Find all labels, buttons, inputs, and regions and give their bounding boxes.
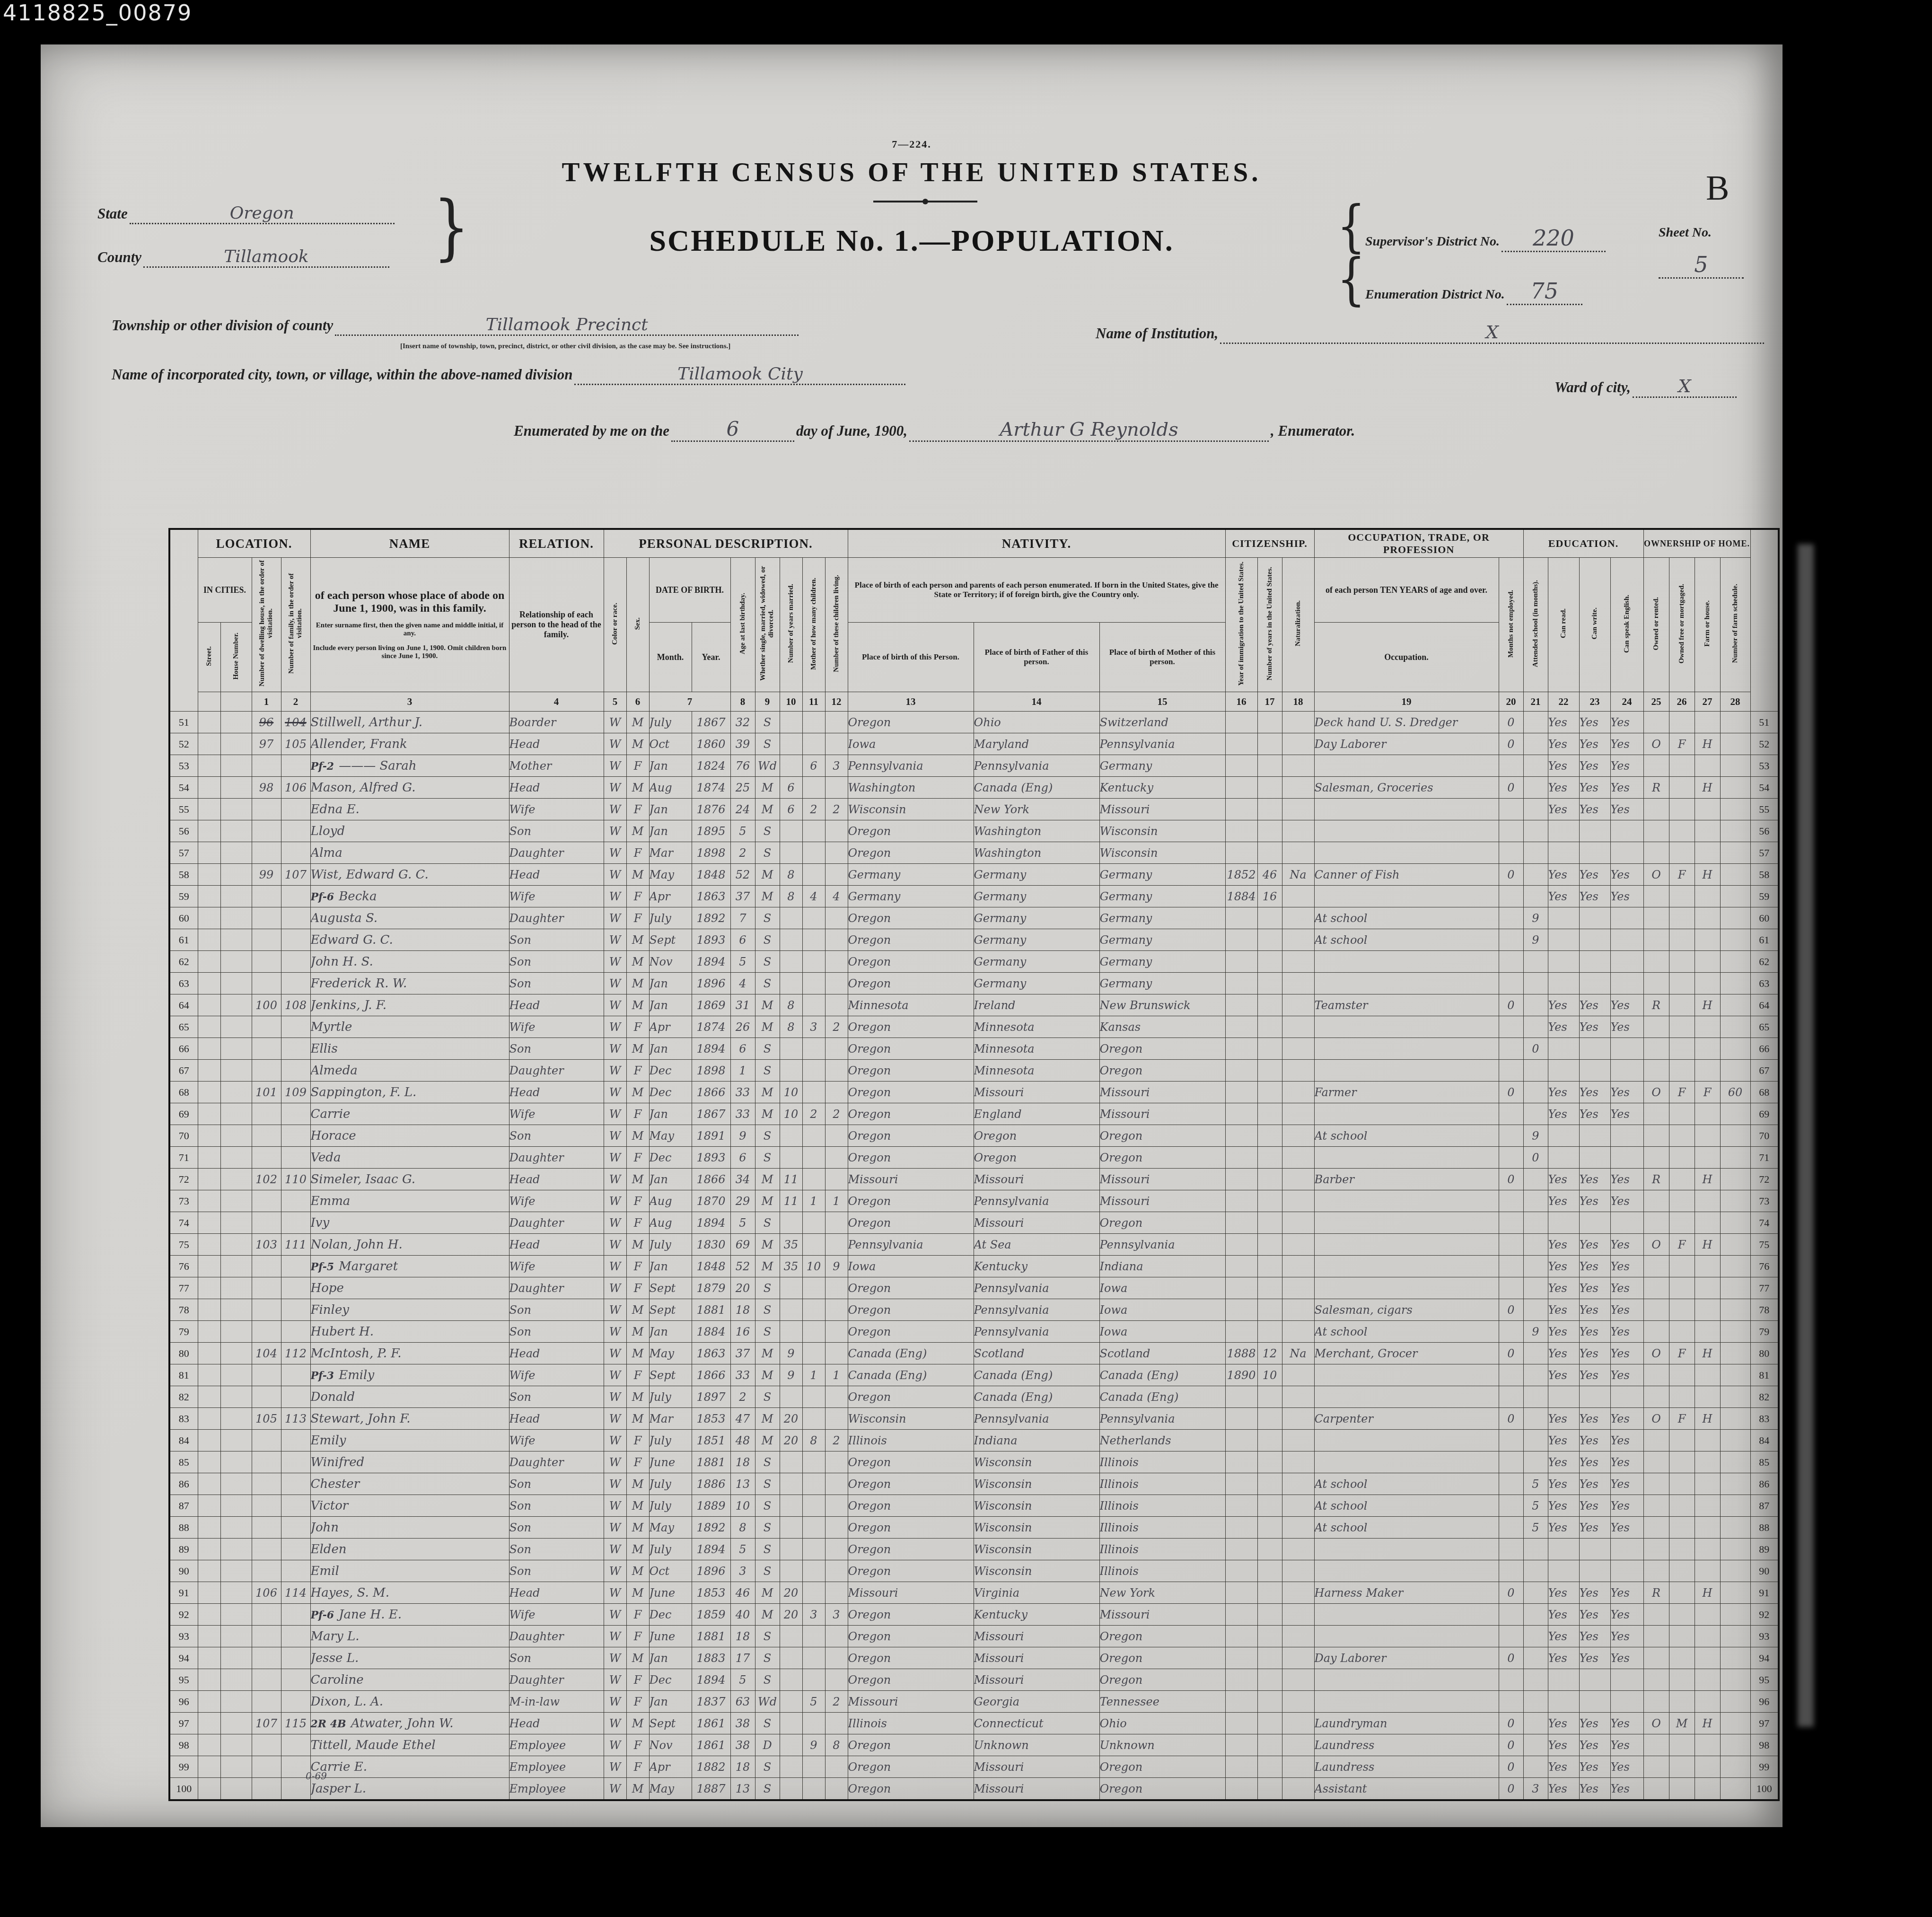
col-n: Myrtle [310,1016,509,1038]
col-oc: Salesman, Groceries [1314,777,1499,799]
col-rd: Yes [1548,1256,1579,1277]
col-wr: Yes [1579,1582,1610,1604]
col-rd [1548,1038,1579,1060]
col-own: O [1643,1234,1669,1256]
census-row-78: 78FinleySonWMSept188118SOregonPennsylvan… [169,1299,1779,1321]
col-yus [1257,1539,1282,1560]
col-d [252,1299,281,1321]
col-wr [1579,1691,1610,1713]
pencil-note: Pf-3 [311,1370,334,1382]
col-yus [1257,907,1282,929]
col-fh: H [1695,1234,1720,1256]
col-house-number [220,1539,252,1560]
census-row-81: 81Pf-3EmilyWifeWFSept186633M911Canada (E… [169,1364,1779,1386]
col-nat [1282,1125,1314,1147]
col-ym [780,1756,802,1778]
col-yus [1257,1691,1282,1713]
col-n: Carrie [310,1103,509,1125]
col-r: Son [509,1647,604,1669]
col-mo: Aug [649,1190,692,1212]
line-number-left: 90 [169,1560,198,1582]
col-yus [1257,1234,1282,1256]
col-c: W [604,1256,626,1277]
col-own [1643,1517,1669,1539]
colnum-9: 9 [755,692,780,712]
census-row-88: 88JohnSonWMMay18928SOregonWisconsinIllin… [169,1517,1779,1539]
col-ym: 6 [780,777,802,799]
col-s: M [626,1125,649,1147]
line-number-left: 58 [169,864,198,886]
col-yus [1257,1756,1282,1778]
census-row-79: 79Hubert H.SonWMJan188416SOregonPennsylv… [169,1321,1779,1343]
col-street [198,712,220,733]
col-wr: Yes [1579,1473,1610,1495]
col-pf: Missouri [974,1169,1099,1190]
col-fs [1720,907,1750,929]
col-m: S [755,1473,780,1495]
col-mtg [1669,1560,1695,1582]
col-pb: Pennsylvania [848,755,974,777]
census-row-98: 98Tittell, Maude EthelEmployeeWFNov18613… [169,1734,1779,1756]
col-nat [1282,1386,1314,1408]
census-row-71: 71VedaDaughterWFDec18936SOregonOregonOre… [169,1147,1779,1169]
col-wr: Yes [1579,1082,1610,1103]
col-pf: Minnesota [974,1038,1099,1060]
col-im [1225,1647,1257,1669]
col-im [1225,1060,1257,1082]
col-f: 107 [281,864,310,886]
col-d [252,1147,281,1169]
col-oc: Harness Maker [1314,1582,1499,1604]
col-mc [802,1647,825,1669]
col-oc: At school [1314,1473,1499,1495]
col-pm: New Brunswick [1099,994,1225,1016]
col-im: 1890 [1225,1364,1257,1386]
col-nat [1282,886,1314,907]
ward-value: X [1633,376,1737,398]
col-m: D [755,1734,780,1756]
col-header-can-write: Can write. [1579,558,1610,692]
col-mu: 0 [1499,1756,1523,1778]
col-cl [825,1386,848,1408]
col-fs [1720,1582,1750,1604]
col-n: Wist, Edward G. C. [310,864,509,886]
col-mo: Dec [649,1669,692,1691]
col-yus [1257,1103,1282,1125]
col-yr: 1853 [692,1582,730,1604]
col-im [1225,820,1257,842]
col-im [1225,1582,1257,1604]
line-number-left: 83 [169,1408,198,1430]
scan-id-label: 4118825_00879 [3,0,192,26]
col-wr [1579,951,1610,973]
col-f [281,1125,310,1147]
col-s: M [626,1517,649,1539]
col-en: Yes [1610,1756,1643,1778]
col-s: F [626,1060,649,1082]
col-header-can-read: Can read. [1548,558,1579,692]
col-yus [1257,842,1282,864]
col-en [1610,951,1643,973]
col-d [252,1038,281,1060]
col-wr [1579,1038,1610,1060]
col-pf: Oregon [974,1147,1099,1169]
col-mo: May [649,864,692,886]
col-own: O [1643,1082,1669,1103]
col-fh [1695,1256,1720,1277]
col-en [1610,842,1643,864]
col-cl [825,907,848,929]
line-number-right: 80 [1750,1343,1779,1364]
col-wr: Yes [1579,755,1610,777]
col-pb: Iowa [848,733,974,755]
col-f: 106 [281,777,310,799]
line-number-left: 98 [169,1734,198,1756]
col-mc [802,1539,825,1560]
col-r: Wife [509,1190,604,1212]
col-street [198,842,220,864]
col-oc: Carpenter [1314,1408,1499,1430]
col-pb: Canada (Eng) [848,1343,974,1364]
col-pf: Wisconsin [974,1560,1099,1582]
col-rd: Yes [1548,1604,1579,1626]
col-en [1610,1060,1643,1082]
col-fh: H [1695,1169,1720,1190]
col-r: Head [509,1082,604,1103]
col-en [1610,1691,1643,1713]
col-house-number [220,1125,252,1147]
col-own [1643,951,1669,973]
col-ym [780,1713,802,1734]
colnum-26: 26 [1669,692,1695,712]
col-yus [1257,1038,1282,1060]
col-pm: Germany [1099,951,1225,973]
col-m: S [755,842,780,864]
col-pm: Illinois [1099,1560,1225,1582]
col-s: M [626,1473,649,1495]
col-wr: Yes [1579,1277,1610,1299]
col-street [198,994,220,1016]
census-row-86: 86ChesterSonWMJuly188613SOregonWisconsin… [169,1473,1779,1495]
col-pm: Germany [1099,864,1225,886]
col-pf: Pennsylvania [974,1321,1099,1343]
col-im [1225,1430,1257,1451]
line-number-right: 55 [1750,799,1779,820]
col-sch: 3 [1523,1778,1548,1801]
col-d [252,1626,281,1647]
col-mo: Nov [649,1734,692,1756]
col-house-number [220,1473,252,1495]
col-rd: Yes [1548,1169,1579,1190]
col-r: Wife [509,1364,604,1386]
col-wr: Yes [1579,1604,1610,1626]
col-en: Yes [1610,1713,1643,1734]
col-own [1643,1734,1669,1756]
col-r: Head [509,1234,604,1256]
col-im [1225,712,1257,733]
col-fh [1695,1495,1720,1517]
col-im [1225,799,1257,820]
col-rd: Yes [1548,1517,1579,1539]
col-en: Yes [1610,994,1643,1016]
col-pb: Germany [848,864,974,886]
col-yr: 1891 [692,1125,730,1147]
col-pm: Indiana [1099,1256,1225,1277]
col-age: 69 [730,1234,755,1256]
col-n: Edna E. [310,799,509,820]
line-number-left: 86 [169,1473,198,1495]
township-label: Township or other division of county [112,317,333,334]
pencil-note: 2R 4B [311,1718,346,1730]
col-fh [1695,1038,1720,1060]
col-mu [1499,1234,1523,1256]
col-fh: H [1695,994,1720,1016]
col-m: S [755,907,780,929]
line-number-left: 79 [169,1321,198,1343]
col-s: M [626,820,649,842]
col-r: Wife [509,799,604,820]
col-r: Head [509,864,604,886]
col-f [281,1038,310,1060]
col-yr: 1870 [692,1190,730,1212]
col-age: 6 [730,1038,755,1060]
col-n: Allender, Frank [310,733,509,755]
col-pf: Canada (Eng) [974,777,1099,799]
col-nat [1282,1299,1314,1321]
col-mu [1499,1604,1523,1626]
col-f [281,1626,310,1647]
col-r: Wife [509,1430,604,1451]
table-body: 5196104Stillwell, Arthur J.BoarderWMJuly… [169,712,1779,1801]
col-age: 31 [730,994,755,1016]
col-age: 39 [730,733,755,755]
colnum-23: 23 [1579,692,1610,712]
col-wr [1579,1212,1610,1234]
col-header-nativity-description: Place of birth of each person and parent… [848,558,1225,623]
col-rd [1548,1539,1579,1560]
col-s: F [626,1756,649,1778]
col-mu [1499,1038,1523,1060]
col-yr: 1861 [692,1734,730,1756]
col-yus [1257,1082,1282,1103]
col-mo: May [649,1343,692,1364]
col-nat [1282,1713,1314,1734]
col-mc: 1 [802,1190,825,1212]
col-pm: Missouri [1099,1190,1225,1212]
col-fs [1720,712,1750,733]
col-cl [825,929,848,951]
col-rd [1548,1147,1579,1169]
col-yus: 46 [1257,864,1282,886]
col-pb: Oregon [848,1103,974,1125]
line-number-right: 87 [1750,1495,1779,1517]
line-number-right: 57 [1750,842,1779,864]
col-nat [1282,755,1314,777]
col-s: F [626,1691,649,1713]
col-mo: May [649,1517,692,1539]
col-wr: Yes [1579,1364,1610,1386]
col-house-number [220,929,252,951]
col-pb: Oregon [848,1539,974,1560]
col-own [1643,1299,1669,1321]
col-wr: Yes [1579,1169,1610,1190]
col-s: M [626,973,649,994]
col-house-number [220,886,252,907]
col-cl: 2 [825,1103,848,1125]
col-ym: 10 [780,1103,802,1125]
name-desc-main: of each person whose place of abode on J… [315,589,505,615]
col-r: Wife [509,1604,604,1626]
col-fs [1720,1539,1750,1560]
col-mo: Apr [649,1756,692,1778]
col-yus [1257,994,1282,1016]
col-pm: Unknown [1099,1734,1225,1756]
colnum-27: 27 [1695,692,1720,712]
col-oc [1314,1060,1499,1082]
col-s: F [626,1147,649,1169]
col-pm: Germany [1099,929,1225,951]
col-header-pob-father: Place of birth of Father of this person. [974,623,1099,692]
col-mu [1499,929,1523,951]
col-d [252,1277,281,1299]
col-im [1225,1212,1257,1234]
col-rd: Yes [1548,712,1579,733]
col-fh: H [1695,1713,1720,1734]
census-row-60: 60Augusta S.DaughterWFJuly18927SOregonGe… [169,907,1779,929]
col-mc [802,1299,825,1321]
col-pb: Washington [848,777,974,799]
col-mtg [1669,1147,1695,1169]
col-mtg [1669,1734,1695,1756]
col-mu: 0 [1499,1343,1523,1364]
col-pb: Oregon [848,1016,974,1038]
col-pf: Pennsylvania [974,1408,1099,1430]
line-number-left: 63 [169,973,198,994]
supervisor-value: 220 [1502,225,1606,252]
colnum-6: 6 [626,692,649,712]
col-mtg [1669,1125,1695,1147]
col-mc [802,1517,825,1539]
col-yus: 12 [1257,1343,1282,1364]
col-c: W [604,1386,626,1408]
col-m: M [755,1256,780,1277]
col-oc [1314,1451,1499,1473]
col-m: M [755,777,780,799]
col-mc [802,712,825,733]
col-mtg [1669,1451,1695,1473]
col-mo: July [649,1234,692,1256]
col-mu: 0 [1499,1778,1523,1801]
line-number-right: 51 [1750,712,1779,733]
col-mc [802,1756,825,1778]
col-own [1643,1560,1669,1582]
col-street [198,799,220,820]
col-mc: 9 [802,1734,825,1756]
col-r: Boarder [509,712,604,733]
col-im [1225,1604,1257,1626]
colnum-4: 4 [509,692,604,712]
col-cl [825,1626,848,1647]
col-pf: Canada (Eng) [974,1364,1099,1386]
col-oc: At school [1314,1321,1499,1343]
census-row-94: 94Jesse L.SonWMJan188317SOregonMissouriO… [169,1647,1779,1669]
col-pm: Canada (Eng) [1099,1386,1225,1408]
col-r: Son [509,1495,604,1517]
col-mo: June [649,1626,692,1647]
col-sch [1523,1082,1548,1103]
col-r: Head [509,994,604,1016]
col-yus [1257,1430,1282,1451]
col-sch [1523,1386,1548,1408]
col-house-number [220,1103,252,1125]
col-mu [1499,1451,1523,1473]
col-rd: Yes [1548,1778,1579,1801]
col-age: 5 [730,951,755,973]
col-s: F [626,1451,649,1473]
col-mu [1499,1386,1523,1408]
line-number-left: 81 [169,1364,198,1386]
col-pm: Canada (Eng) [1099,1364,1225,1386]
col-pm: Tennessee [1099,1691,1225,1713]
col-header-relation-description: Relationship of each person to the head … [509,558,604,692]
col-oc [1314,1539,1499,1560]
census-row-82: 82DonaldSonWMJuly18972SOregonCanada (Eng… [169,1386,1779,1408]
col-mo: Sept [649,1713,692,1734]
col-wr: Yes [1579,1299,1610,1321]
col-r: Son [509,1517,604,1539]
col-m: S [755,1539,780,1560]
margin-note: 0-69 [306,1770,327,1782]
col-f [281,1560,310,1582]
col-c: W [604,1713,626,1734]
col-mu [1499,1147,1523,1169]
col-s: F [626,1430,649,1451]
col-c: W [604,864,626,886]
col-fs [1720,1103,1750,1125]
col-cl [825,1713,848,1734]
col-oc: Assistant [1314,1778,1499,1801]
col-im [1225,1626,1257,1647]
col-wr: Yes [1579,1103,1610,1125]
col-wr: Yes [1579,1016,1610,1038]
col-cl [825,973,848,994]
col-street [198,1082,220,1103]
col-fs [1720,1190,1750,1212]
col-en: Yes [1610,1582,1643,1604]
col-mo: Mar [649,1408,692,1430]
col-mc [802,1582,825,1604]
col-sch [1523,1626,1548,1647]
col-street [198,1234,220,1256]
col-c: W [604,1147,626,1169]
census-row-97: 971071152R 4BAtwater, John W.HeadWMSept1… [169,1713,1779,1734]
col-rd: Yes [1548,1321,1579,1343]
col-fh: H [1695,1408,1720,1430]
col-im [1225,1778,1257,1801]
line-number-right: 97 [1750,1713,1779,1734]
col-en: Yes [1610,1277,1643,1299]
col-mo: Jan [649,1321,692,1343]
col-en: Yes [1610,1430,1643,1451]
col-fh [1695,1212,1720,1234]
col-ym [780,1669,802,1691]
col-own: R [1643,1169,1669,1190]
col-mtg [1669,1778,1695,1801]
col-fs [1720,1604,1750,1626]
col-oc [1314,1147,1499,1169]
col-house-number [220,1321,252,1343]
line-number-right: 92 [1750,1604,1779,1626]
